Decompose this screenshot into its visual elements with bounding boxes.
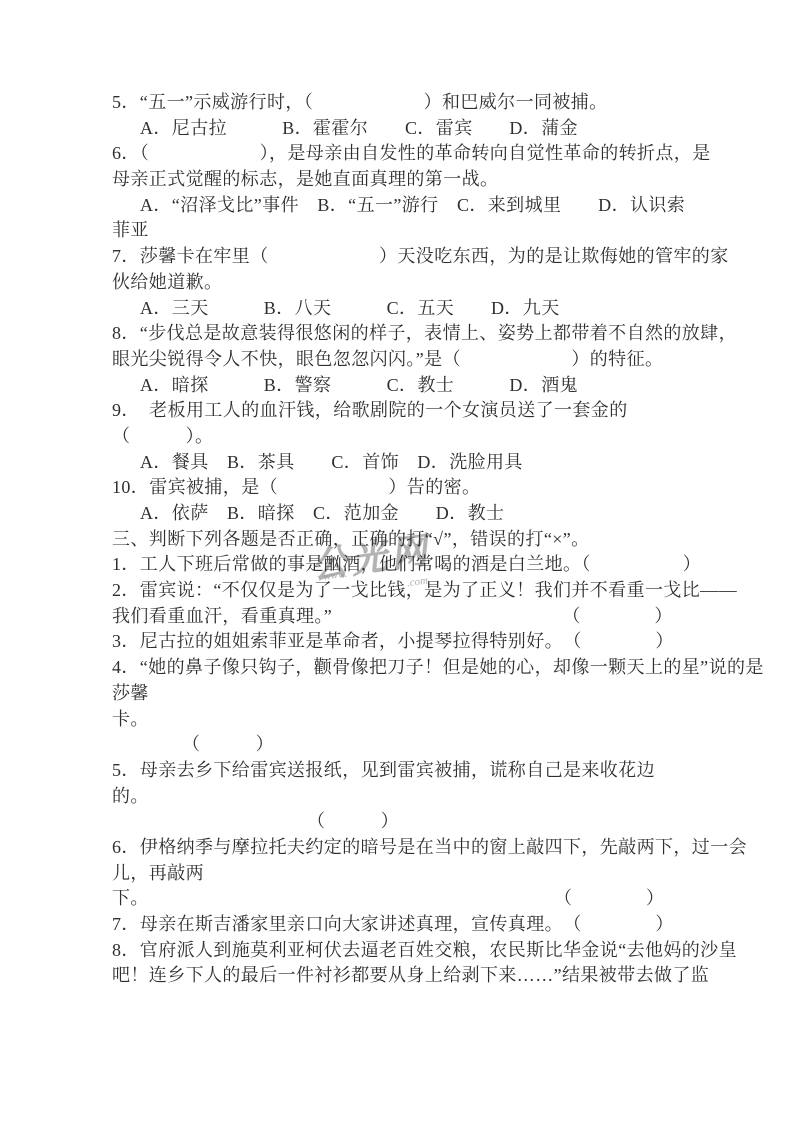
tf6-line3: 下。 （ ） (112, 886, 712, 912)
q6-stem-line1: 6．（ ），是母亲由自发性的革命转向自觉性革命的转折点，是 (112, 141, 712, 167)
tf5-line2: 的。 (112, 784, 712, 810)
tf2-line1: 2．雷宾说：“不仅仅是为了一戈比钱，是为了正义！我们并不看重一戈比—— (112, 578, 712, 604)
tf4-line1: 4．“她的鼻子像只钩子，颧骨像把刀子！但是她的心，却像一颗天上的星”说的是 (112, 655, 712, 681)
exam-text-block: 5．“五一”示威游行时，（ ）和巴威尔一同被捕。A．尼古拉 B．霍霍尔 C．雷宾… (112, 90, 712, 989)
q8-options: A．暗探 B．警察 C．教士 D．酒鬼 (112, 373, 712, 399)
q7-stem-line1: 7．莎馨卡在牢里（ ）天没吃东西，为的是让欺侮她的管牢的家 (112, 244, 712, 270)
q9-stem-line1: 9． 老板用工人的血汗钱，给歌剧院的一个女演员送了一套金的 (112, 398, 712, 424)
q9-options: A．餐具 B．茶具 C．首饰 D．洗脸用具 (112, 450, 712, 476)
tf4-line3: 卡。 (112, 707, 712, 733)
tf4-line2: 莎馨 (112, 681, 712, 707)
tf2-line2: 我们看重血汗，看重真理。” （ ） (112, 604, 712, 630)
q10-options: A．依萨 B．暗探 C．范加金 D．教士 (112, 501, 712, 527)
tf4-answer-blank: （ ） (112, 732, 712, 758)
q8-stem-line1: 8．“步伐总是故意装得很悠闲的样子，表情上、姿势上都带着不自然的放肆， (112, 321, 712, 347)
q7-stem-line2: 伙给她道歉。 (112, 270, 712, 296)
q10-stem: 10．雷宾被捕，是（ ）告的密。 (112, 475, 712, 501)
q6-stem-line2: 母亲正式觉醒的标志，是她直面真理的第一战。 (112, 167, 712, 193)
tf7: 7．母亲在斯吉潘家里亲口向大家讲述真理，宣传真理。 （ ） (112, 912, 712, 938)
q6-options-line1: A．“沼泽戈比”事件 B．“五一”游行 C．来到城里 D．认识索 (112, 193, 712, 219)
tf8-line1: 8．官府派人到施莫利亚柯伏去逼老百姓交粮，农民斯比华金说“去他妈的沙皇 (112, 938, 712, 964)
q8-stem-line2: 眼光尖锐得令人不快，眼色忽忽闪闪。”是（ ）的特征。 (112, 347, 712, 373)
tf5-line1: 5．母亲去乡下给雷宾送报纸，见到雷宾被捕，谎称自己是来收花边 (112, 758, 712, 784)
tf6-line1: 6．伊格纳季与摩拉托夫约定的暗号是在当中的窗上敲四下，先敲两下，过一会 (112, 835, 712, 861)
tf8-line2: 吧！连乡下人的最后一件衬衫都要从身上给剥下来……”结果被带去做了监 (112, 963, 712, 989)
tf3: 3．尼古拉的姐姐索菲亚是革命者，小提琴拉得特别好。 （ ） (112, 629, 712, 655)
tf5-answer-blank: （ ） (112, 809, 712, 835)
q7-options: A．三天 B．八天 C．五天 D．九天 (112, 296, 712, 322)
scanned-exam-page: www. 公光网 .com 5．“五一”示威游行时，（ ）和巴威尔一同被捕。A．… (0, 0, 793, 1122)
q5-options: A．尼古拉 B．霍霍尔 C．雷宾 D．蒲金 (112, 116, 712, 142)
tf1: 1．工人下班后常做的事是酗酒，他们常喝的酒是白兰地。（ ） (112, 552, 712, 578)
section3-heading: 三、判断下列各题是否正确，正确的打“√”，错误的打“×”。 (112, 527, 712, 553)
q9-stem-line2: （ ）。 (112, 424, 712, 450)
tf6-line2: 儿，再敲两 (112, 861, 712, 887)
q6-options-line2: 菲亚 (112, 218, 712, 244)
q5-stem: 5．“五一”示威游行时，（ ）和巴威尔一同被捕。 (112, 90, 712, 116)
